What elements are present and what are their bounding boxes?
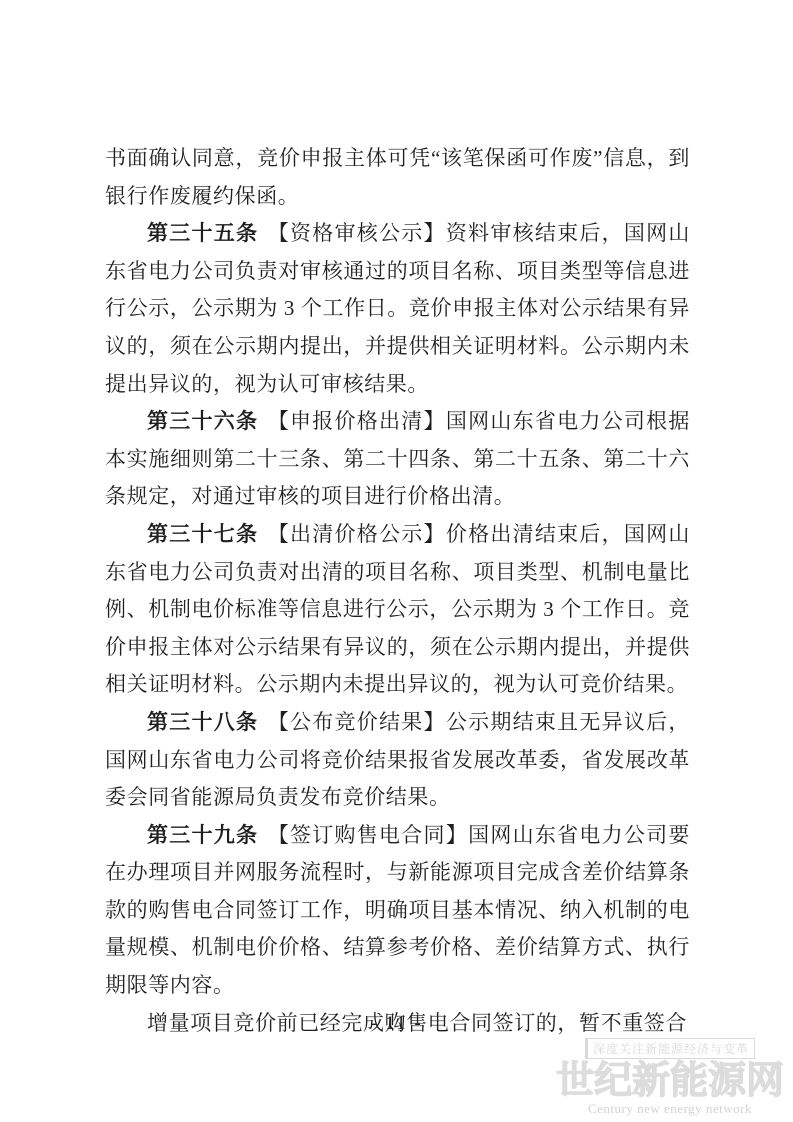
article-38-number: 第三十八条 [147, 711, 258, 734]
article-37-title: 【出清价格公示】 [268, 522, 446, 546]
article-36-title: 【申报价格出清】 [268, 409, 446, 433]
paragraph-continuation: 书面确认同意，竞价申报主体可凭“该笔保函可作废”信息，到银行作废履约保函。 [105, 140, 690, 215]
watermark-subtitle: Century new energy network [552, 1101, 788, 1116]
article-37-paragraph: 第三十七条【出清价格公示】价格出清结束后，国网山东省电力公司负责对出清的项目名称… [105, 516, 690, 704]
article-36-paragraph: 第三十六条【申报价格出清】国网山东省电力公司根据本实施细则第二十三条、第二十四条… [105, 403, 690, 516]
document-text-block: 书面确认同意，竞价申报主体可凭“该笔保函可作废”信息，到银行作废履约保函。 第三… [105, 140, 690, 1042]
article-36-number: 第三十六条 [147, 410, 258, 433]
document-page: 书面确认同意，竞价申报主体可凭“该笔保函可作废”信息，到银行作废履约保函。 第三… [0, 0, 793, 1122]
article-35-paragraph: 第三十五条【资格审核公示】资料审核结束后，国网山东省电力公司负责对审核通过的项目… [105, 215, 690, 403]
watermark: 深度关注新能源经济与变革 世纪新能源网 Century new energy n… [552, 1038, 788, 1116]
article-38-paragraph: 第三十八条【公布竞价结果】公示期结束且无异议后，国网山东省电力公司将竞价结果报省… [105, 704, 690, 817]
article-37-body: 价格出清结束后，国网山东省电力公司负责对出清的项目名称、项目类型、机制电量比例、… [105, 522, 690, 696]
article-39-title: 【签订购售电合同】 [268, 823, 468, 847]
article-35-body: 资料审核结束后，国网山东省电力公司负责对审核通过的项目名称、项目类型等信息进行公… [105, 221, 690, 395]
article-39-body: 国网山东省电力公司要在办理项目并网服务流程时，与新能源项目完成含差价结算条款的购… [105, 823, 690, 997]
article-38-title: 【公布竞价结果】 [268, 710, 446, 734]
article-37-number: 第三十七条 [147, 523, 258, 546]
watermark-brand-logo: 世纪新能源网 [552, 1061, 788, 1101]
article-35-title: 【资格审核公示】 [268, 221, 446, 245]
article-35-number: 第三十五条 [147, 222, 258, 245]
article-39-paragraph: 第三十九条【签订购售电合同】国网山东省电力公司要在办理项目并网服务流程时，与新能… [105, 817, 690, 1005]
page-number: - 11 - [0, 1013, 793, 1035]
article-39-number: 第三十九条 [147, 824, 258, 847]
